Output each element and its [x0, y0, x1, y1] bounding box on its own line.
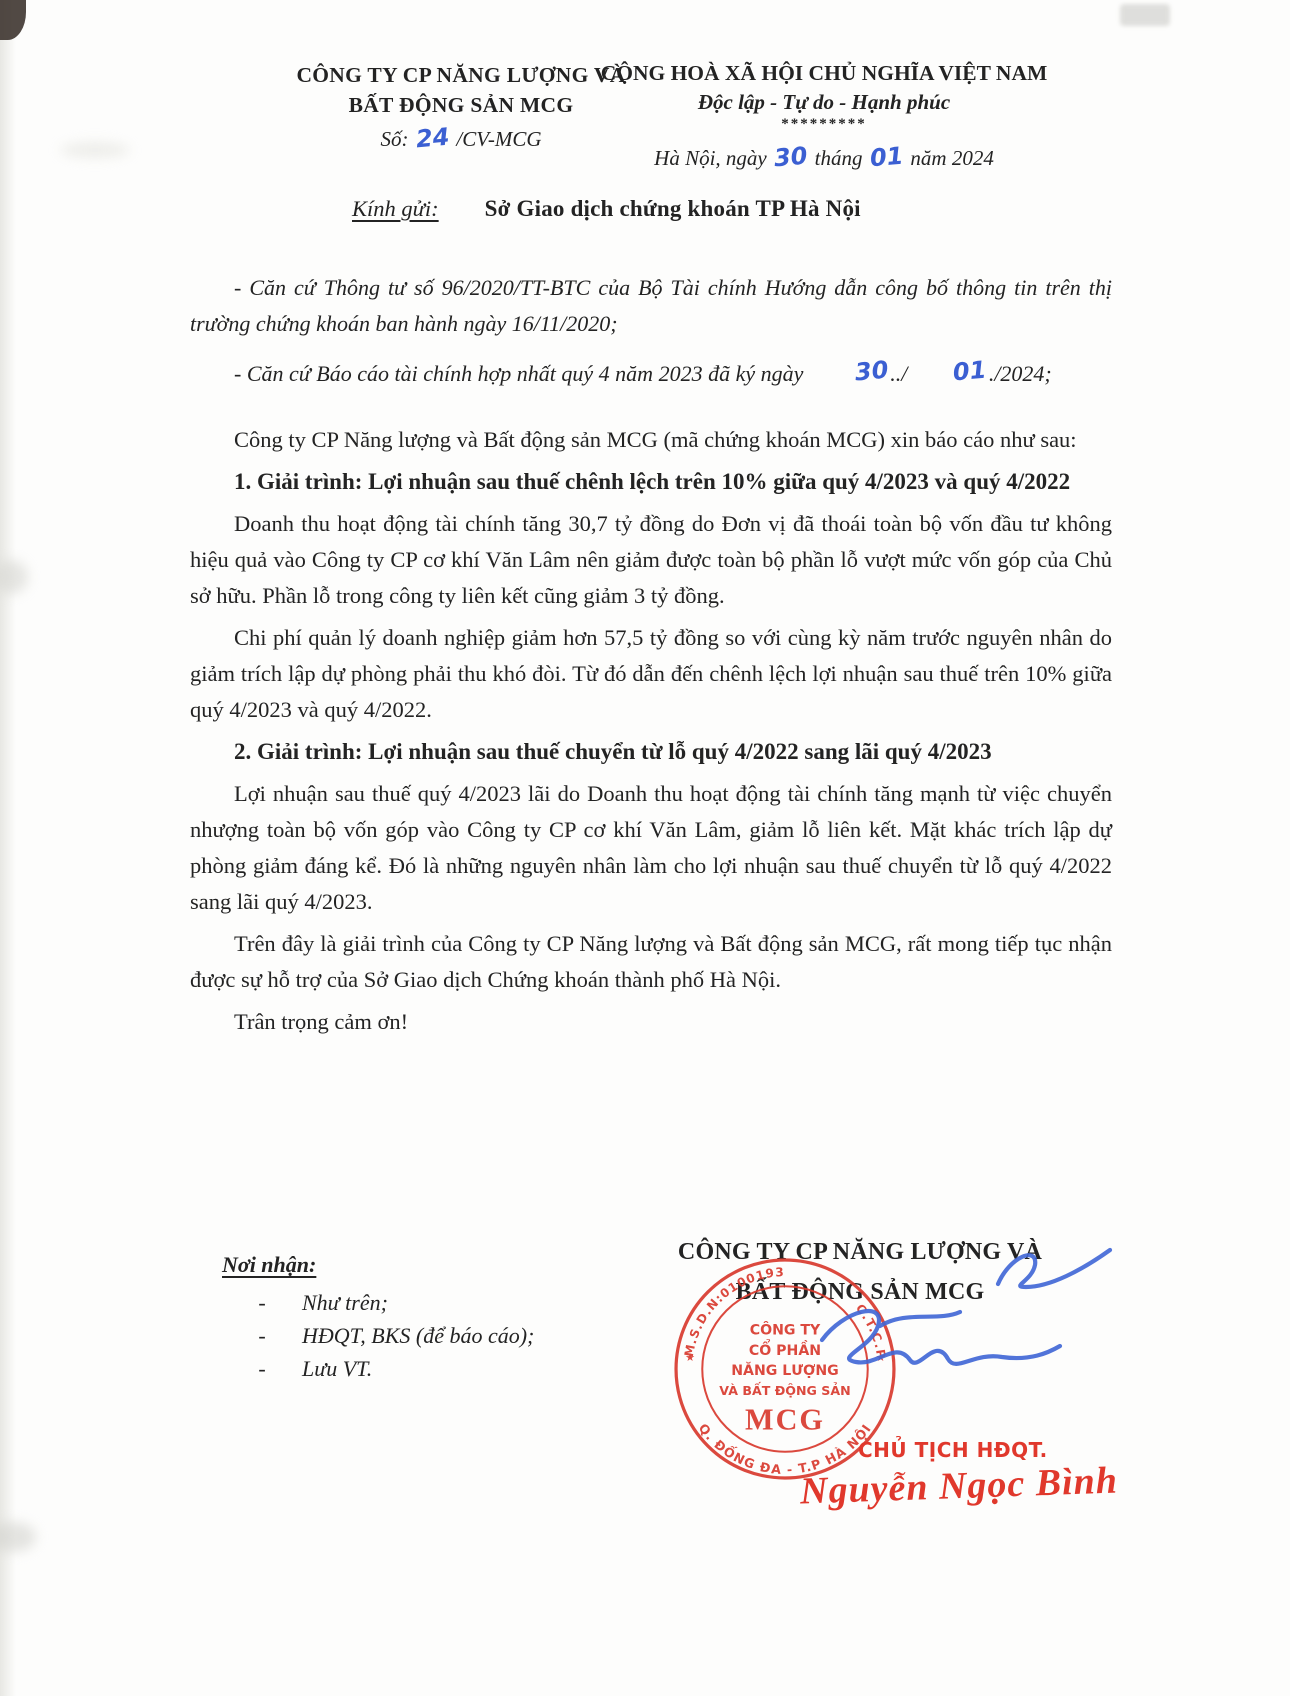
footer-recipient-item: - Như trên; — [222, 1286, 534, 1319]
legal-citations: - Căn cứ Thông tư số 96/2020/TT-BTC của … — [190, 270, 1112, 405]
scan-corner-artifact — [0, 0, 26, 40]
recipient-label: Kính gửi: — [352, 196, 439, 222]
footer-recipient-item: - Lưu VT. — [222, 1352, 534, 1385]
signature-cross-stroke — [880, 1312, 960, 1326]
intro-paragraph: Công ty CP Năng lượng và Bất động sản MC… — [190, 422, 1112, 458]
signature-flourish-stroke — [998, 1250, 1110, 1287]
section1-paragraph-1: Doanh thu hoạt động tài chính tăng 30,7 … — [190, 506, 1112, 614]
scan-edge-shading — [0, 0, 16, 1696]
national-motto: Độc lập - Tự do - Hạnh phúc — [566, 90, 1082, 115]
citation-paragraph-2: - Căn cứ Báo cáo tài chính hợp nhất quý … — [190, 355, 1112, 392]
scanned-letter-page: CÔNG TY CP NĂNG LƯỢNG VÀ BẤT ĐỘNG SẢN MC… — [0, 0, 1290, 1696]
national-title: CỘNG HOÀ XÃ HỘI CHỦ NGHĨA VIỆT NAM — [566, 58, 1082, 88]
scan-smudge — [1120, 4, 1170, 26]
dash: - — [222, 1319, 302, 1352]
national-header-block: CỘNG HOÀ XÃ HỘI CHỦ NGHĨA VIỆT NAM Độc l… — [566, 58, 1082, 171]
dash: - — [222, 1286, 302, 1319]
place-date-line: Hà Nội, ngày 30 tháng 01 năm 2024 — [566, 143, 1082, 171]
signature-ink — [788, 1240, 1138, 1410]
footer-recipients-block: Nơi nhận: - Như trên; - HĐQT, BKS (để bá… — [222, 1252, 534, 1385]
section2-paragraph-1: Lợi nhuận sau thuế quý 4/2023 lãi do Doa… — [190, 776, 1112, 920]
handwritten-sign-month: 01 — [906, 352, 990, 395]
footer-recipients-label: Nơi nhận: — [222, 1252, 534, 1278]
citation2-dots1: ../ — [890, 361, 907, 386]
footer-recipient-text: Như trên; — [302, 1286, 388, 1319]
stamp-star-left-icon: ★ — [685, 1351, 695, 1364]
recipient-name: Sở Giao dịch chứng khoán TP Hà Nội — [485, 196, 861, 222]
handwritten-sign-day: 30 — [807, 352, 891, 395]
scan-smudge — [0, 1522, 36, 1552]
doc-number-label: Số: — [380, 127, 408, 151]
date-suffix: năm 2024 — [910, 146, 993, 170]
separator-stars: ********* — [566, 116, 1082, 133]
salutation-row: Kính gửi: Sở Giao dịch chứng khoán TP Hà… — [352, 196, 861, 222]
handwritten-day: 30 — [771, 141, 811, 172]
handwritten-month: 01 — [867, 141, 907, 172]
footer-recipient-text: HĐQT, BKS (để báo cáo); — [302, 1319, 534, 1352]
doc-number-suffix: /CV-MCG — [456, 127, 541, 151]
scan-smudge — [0, 560, 28, 594]
footer-recipient-item: - HĐQT, BKS (để báo cáo); — [222, 1319, 534, 1352]
date-middle: tháng — [815, 146, 863, 170]
dash: - — [222, 1352, 302, 1385]
date-prefix: Hà Nội, ngày — [654, 146, 767, 170]
citation-paragraph-1: - Căn cứ Thông tư số 96/2020/TT-BTC của … — [190, 270, 1112, 342]
section1-paragraph-2: Chi phí quản lý doanh nghiệp giảm hơn 57… — [190, 620, 1112, 728]
signature-main-stroke — [822, 1311, 1060, 1364]
section2-heading: 2. Giải trình: Lợi nhuận sau thuế chuyển… — [190, 734, 1112, 770]
closing-paragraph: Trên đây là giải trình của Công ty CP Nă… — [190, 926, 1112, 998]
thanks-line: Trân trọng cảm ơn! — [190, 1004, 1112, 1040]
letter-body: Công ty CP Năng lượng và Bất động sản MC… — [190, 422, 1112, 1046]
citation2-text: - Căn cứ Báo cáo tài chính hợp nhất quý … — [234, 361, 803, 386]
footer-recipient-text: Lưu VT. — [302, 1352, 372, 1385]
citation2-dots2: ./2024; — [989, 361, 1052, 386]
section1-heading: 1. Giải trình: Lợi nhuận sau thuế chênh … — [190, 464, 1112, 500]
scan-smudge — [60, 142, 130, 158]
handwritten-doc-number: 24 — [413, 122, 453, 153]
signer-title: CHỦ TỊCH HĐQT. — [858, 1438, 1048, 1462]
